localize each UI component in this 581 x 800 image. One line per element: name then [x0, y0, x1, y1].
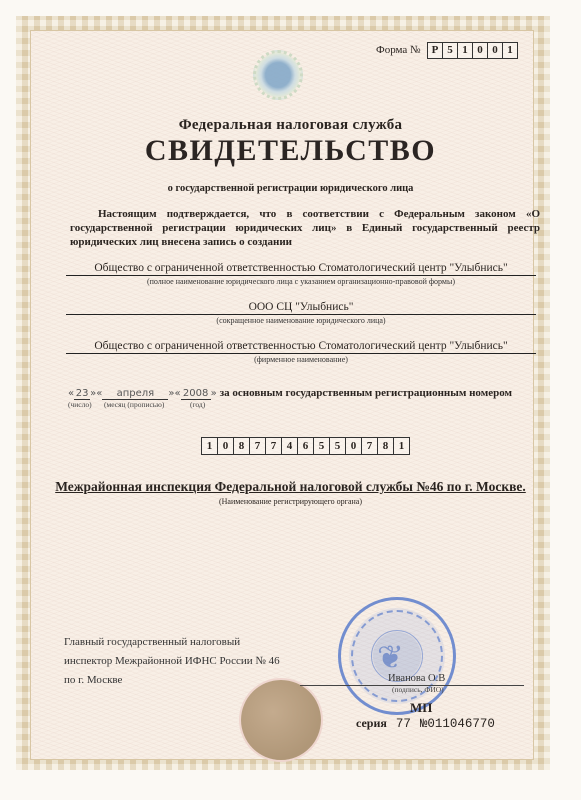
- registering-authority: Межрайонная инспекция Федеральной налого…: [0, 479, 581, 506]
- ogrn-digit: 5: [329, 437, 346, 455]
- brand-name-value: Общество с ограниченной ответственностью…: [66, 340, 536, 354]
- form-code-cell: 1: [457, 42, 473, 59]
- ogrn-boxes: 1 0 8 7 7 4 6 5 5 0 7 8 1: [202, 437, 410, 455]
- signature-caption: (подпись, ФИО): [392, 685, 444, 694]
- certificate-series: серия 77 №011046770: [356, 716, 495, 731]
- month-caption: (месяц (прописью): [104, 400, 164, 409]
- stamp-place-mark: МП: [410, 700, 432, 716]
- form-code-cell: 0: [472, 42, 488, 59]
- ogrn-digit: 8: [233, 437, 250, 455]
- ogrn-digit: 6: [297, 437, 314, 455]
- double-headed-eagle-icon: ❦: [377, 638, 404, 676]
- authority-name: Межрайонная инспекция Федеральной налого…: [0, 479, 581, 495]
- ogrn-digit: 7: [361, 437, 378, 455]
- form-number-label: Форма №: [376, 44, 421, 56]
- form-number-boxes: Р 5 1 0 0 1: [428, 42, 518, 59]
- ogrn-digit: 1: [201, 437, 218, 455]
- document-title: СВИДЕТЕЛЬСТВО: [0, 134, 581, 168]
- ogrn-digit: 7: [249, 437, 266, 455]
- year-caption: (год): [190, 400, 205, 409]
- series-code: 77: [396, 717, 411, 731]
- form-code-cell: 5: [442, 42, 458, 59]
- ogrn-digit: 4: [281, 437, 298, 455]
- signatory-title: Главный государственный налоговый инспек…: [64, 633, 280, 690]
- ogrn-digit: 7: [265, 437, 282, 455]
- form-code-cell: 0: [487, 42, 503, 59]
- ogrn-digit: 8: [377, 437, 394, 455]
- ogrn-digit: 5: [313, 437, 330, 455]
- form-code-cell: 1: [502, 42, 518, 59]
- brand-name-caption: (фирменное наименование): [66, 355, 536, 364]
- date-day: 23: [74, 388, 90, 400]
- signatory-name: Иванова О.В: [388, 673, 445, 684]
- full-name-caption: (полное наименование юридического лица с…: [66, 277, 536, 286]
- ogrn-digit: 1: [393, 437, 410, 455]
- short-name-caption: (сокращенное наименование юридического л…: [66, 316, 536, 325]
- full-name-field: Общество с ограниченной ответственностью…: [66, 262, 536, 286]
- quote-mark: »: [211, 388, 217, 399]
- registration-number-intro: за основным государственным регистрацион…: [220, 387, 512, 399]
- date-year: 2008: [181, 388, 211, 400]
- signatory-title-line: по г. Москве: [64, 671, 280, 690]
- series-label: серия: [356, 716, 387, 731]
- date-month: апреля: [102, 388, 168, 400]
- embossed-seal: [241, 680, 321, 760]
- signatory-title-line: Главный государственный налоговый: [64, 633, 280, 652]
- brand-name-field: Общество с ограниченной ответственностью…: [66, 340, 536, 364]
- ogrn-digit: 0: [345, 437, 362, 455]
- day-caption: (число): [68, 400, 92, 409]
- document-subtitle: о государственной регистрации юридическо…: [0, 183, 581, 194]
- authority-caption: (Наименование регистрирующего органа): [0, 497, 581, 506]
- hologram-emblem-icon: [253, 50, 303, 100]
- signatory-title-line: инспектор Межрайонной ИФНС России № 46: [64, 652, 280, 671]
- ogrn-digit: 0: [217, 437, 234, 455]
- short-name-value: ООО СЦ "Улыбнись": [66, 301, 536, 315]
- agency-name: Федеральная налоговая служба: [0, 117, 581, 134]
- registration-date: « 23 » « апреля » « 2008 » за основным г…: [68, 387, 512, 400]
- form-code-cell: Р: [427, 42, 443, 59]
- statement-paragraph: Настоящим подтверждается, что в соответс…: [70, 207, 540, 249]
- short-name-field: ООО СЦ "Улыбнись" (сокращенное наименова…: [66, 301, 536, 325]
- full-name-value: Общество с ограниченной ответственностью…: [66, 262, 536, 276]
- certificate-number: №011046770: [420, 717, 495, 731]
